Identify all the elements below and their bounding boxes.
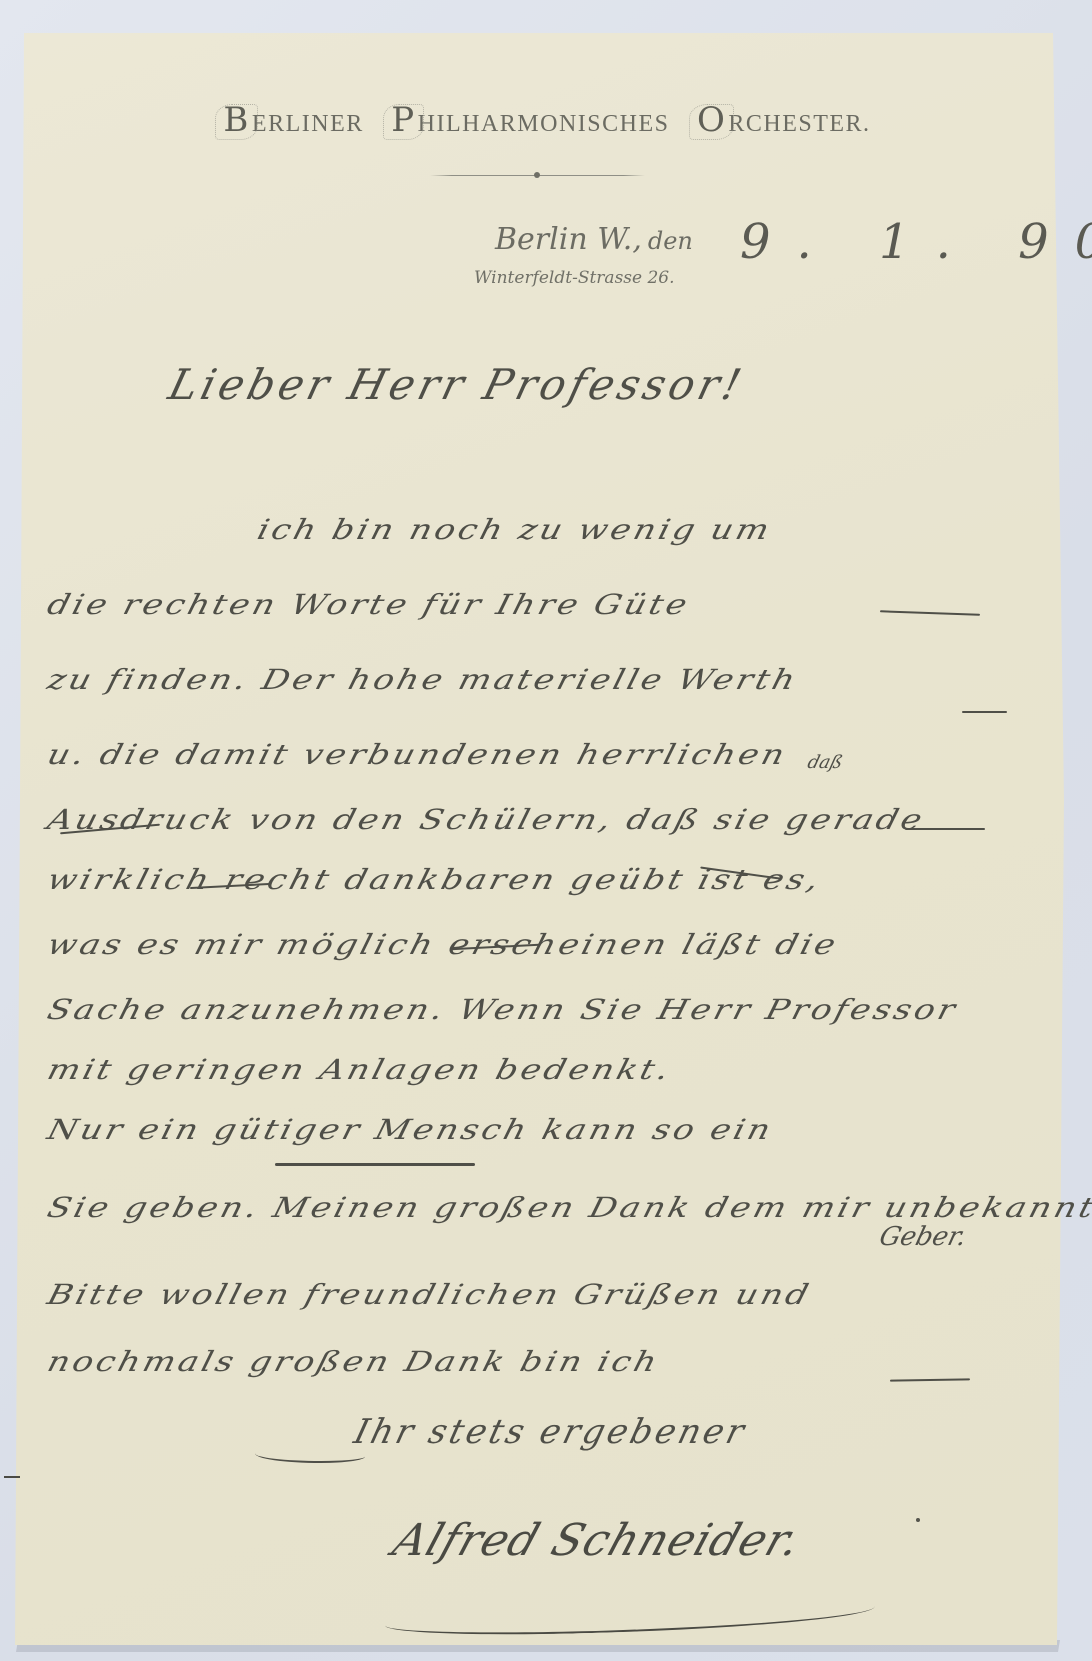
letter-line: zu finden. Der hohe materielle Werth bbox=[44, 664, 802, 697]
letter-line: mit geringen Anlagen bedenkt. bbox=[44, 1054, 675, 1087]
underline bbox=[275, 1163, 475, 1166]
letter-line: was es mir möglich erscheinen läßt die bbox=[44, 929, 842, 962]
letter-line: Sie geben. Meinen großen Dank dem mir un… bbox=[44, 1192, 1092, 1225]
ornament-dot-icon bbox=[534, 172, 540, 178]
handwritten-date: 9. 1. 90. bbox=[740, 214, 1092, 270]
letter-line: die rechten Worte für Ihre Güte bbox=[44, 589, 693, 622]
letter-line: ich bin noch zu wenig um bbox=[254, 514, 776, 547]
place: Berlin W., bbox=[495, 222, 642, 257]
closing: Ihr stets ergebener bbox=[350, 1412, 751, 1452]
insert-geber: Geber. bbox=[876, 1222, 970, 1252]
letterhead: BERLINER PHILHARMONISCHES ORCHESTER. bbox=[0, 100, 1092, 140]
insert-dass: daß bbox=[805, 752, 845, 773]
address-line: Winterfeldt-Strasse 26. bbox=[474, 268, 675, 288]
letterhead-word-philharmonisches: PHILHARMONISCHES bbox=[389, 111, 669, 137]
place-line: Berlin W.,den bbox=[495, 222, 693, 257]
underline bbox=[905, 828, 985, 830]
den-label: den bbox=[648, 227, 693, 255]
signature: Alfred Schneider. bbox=[387, 1515, 808, 1566]
letter-line: Sache anzunehmen. Wenn Sie Herr Professo… bbox=[44, 994, 961, 1027]
letterhead-word-berliner: BERLINER bbox=[221, 111, 363, 137]
ornate-initial: B bbox=[221, 100, 252, 140]
letter-line: Ausdruck von den Schülern, daß sie gerad… bbox=[44, 804, 928, 837]
letter-line: nochmals großen Dank bin ich bbox=[44, 1346, 663, 1379]
letter-line: u. die damit verbundenen herrlichen bbox=[44, 739, 791, 772]
ink-speck bbox=[916, 1518, 920, 1522]
letterhead-word-orchester: ORCHESTER. bbox=[695, 111, 871, 137]
stroke bbox=[962, 711, 1007, 713]
letter-line: Nur ein gütiger Mensch kann so ein bbox=[44, 1114, 777, 1147]
edge-mark bbox=[4, 1476, 20, 1478]
letter-line: Bitte wollen freundlichen Grüßen und bbox=[44, 1279, 815, 1312]
ornate-initial: P bbox=[389, 100, 417, 140]
ornate-initial: O bbox=[695, 100, 728, 140]
salutation: Lieber Herr Professor! bbox=[164, 360, 750, 409]
